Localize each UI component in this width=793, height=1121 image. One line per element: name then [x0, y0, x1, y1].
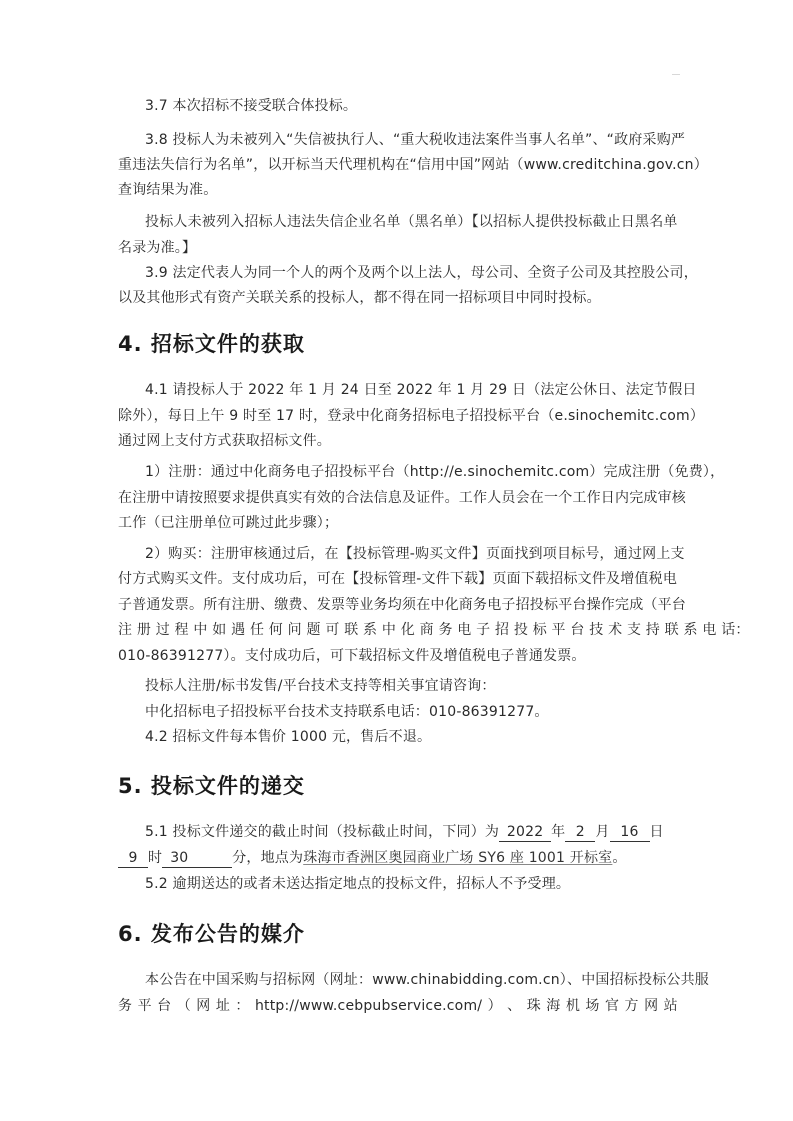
clause-3-8-line3: 查询结果为准。	[118, 180, 678, 200]
section-4-heading: 4. 招标文件的获取	[118, 330, 305, 358]
media-text: 场	[585, 996, 599, 1016]
media-text: 站	[664, 996, 678, 1016]
clause-4-1-line2: 除外），每日上午 9 时至 17 时，登录中化商务招标电子招投标平台（e.sin…	[118, 406, 678, 426]
clause-5-1-line2: 9时30分，地点为珠海市香洲区奥园商业广场 SY6 座 1001 开标室。	[118, 848, 678, 868]
media-text: 网	[196, 996, 210, 1016]
scan-mark	[672, 74, 680, 75]
media-text: （	[177, 996, 191, 1016]
clause-5-2: 5.2 逾期送达的或者未送达指定地点的投标文件，招标人不予受理。	[145, 874, 705, 894]
year-unit: 年	[551, 824, 565, 840]
media-text: 务	[118, 996, 132, 1016]
hour-unit: 时	[148, 850, 162, 866]
media-text: 台	[157, 996, 171, 1016]
step2-line2: 付方式购买文件。支付成功后，可在【投标管理-文件下载】页面下载招标文件及增值税电	[118, 569, 678, 589]
media-text: 珠	[527, 996, 541, 1016]
minute-unit: 分，地点为	[232, 850, 303, 866]
clause-4-1-line3: 通过网上支付方式获取招标文件。	[118, 431, 678, 451]
consult-line1: 投标人注册/标书发售/平台技术支持等相关事宜请咨询：	[145, 676, 705, 696]
step1-line3: 工作（已注册单位可跳过此步骤）；	[118, 513, 678, 533]
blacklist-line1: 投标人未被列入招标人违法失信企业名单（黑名单）【以招标人提供投标截止日黑名单	[145, 212, 705, 232]
consult-line2: 中化招标电子招投标平台技术支持联系电话：010-86391277。	[145, 702, 705, 722]
step2-line4: 注 册 过 程 中 如 遇 任 何 问 题 可 联 系 中 化 商 务 电 子 …	[118, 620, 678, 640]
media-line2: 务 平 台 （ 网 址 ： http://www.cebpubservice.c…	[118, 996, 678, 1016]
media-text: ）	[488, 996, 502, 1016]
step1-line1: 1）注册：通过中化商务电子招投标平台（http://e.sinochemitc.…	[145, 462, 705, 482]
step1-line2: 在注册中请按照要求提供真实有效的合法信息及证件。工作人员会在一个工作日内完成审核	[118, 488, 678, 508]
deadline-prefix: 5.1 投标文件递交的截止时间（投标截止时间，下同）为	[145, 824, 499, 840]
step2-line3: 子普通发票。所有注册、缴费、发票等业务均须在中化商务电子招投标平台操作完成（平台	[118, 595, 678, 615]
clause-3-8-line1: 3.8 投标人为未被列入“失信被执行人、“重大税收违法案件当事人名单”、“政府采…	[145, 130, 705, 150]
media-text: 官	[605, 996, 619, 1016]
section-5-heading: 5. 投标文件的递交	[118, 772, 305, 800]
document-page: 3.7 本次招标不接受联合体投标。 3.8 投标人为未被列入“失信被执行人、“重…	[0, 0, 793, 1121]
blacklist-line2: 名录为准。】	[118, 238, 678, 258]
location-end: 。	[612, 850, 626, 866]
media-text: 平	[138, 996, 152, 1016]
deadline-minute: 30	[162, 850, 232, 868]
clause-3-9-line2: 以及其他形式有资产关联关系的投标人，都不得在同一招标项目中同时投标。	[118, 288, 678, 308]
clause-3-9-line1: 3.9 法定代表人为同一个人的两个及两个以上法人，母公司、全资子公司及其控股公司…	[145, 263, 705, 283]
month-unit: 月	[595, 824, 609, 840]
step2-line1: 2）购买：注册审核通过后，在【投标管理-购买文件】页面找到项目标号，通过网上支	[145, 544, 705, 564]
media-text: 机	[566, 996, 580, 1016]
cebpubservice-url: http://www.cebpubservice.com/	[255, 996, 482, 1016]
media-text: 海	[546, 996, 560, 1016]
step2-line5: 010-86391277）。支付成功后，可下载招标文件及增值税电子普通发票。	[118, 646, 678, 666]
section-6-heading: 6. 发布公告的媒介	[118, 920, 305, 948]
clause-5-1-line1: 5.1 投标文件递交的截止时间（投标截止时间，下同）为2022年2月16日	[145, 822, 705, 842]
clause-3-8-line2: 重违法失信行为名单”，以开标当天代理机构在“信用中国”网站（www.credit…	[118, 155, 678, 175]
media-line1: 本公告在中国采购与招标网（网址：www.chinabidding.com.cn）…	[145, 970, 705, 990]
deadline-hour: 9	[118, 850, 148, 868]
media-text: 、	[507, 996, 521, 1016]
deadline-month: 2	[565, 824, 595, 842]
clause-4-1-line1: 4.1 请投标人于 2022 年 1 月 24 日至 2022 年 1 月 29…	[145, 380, 705, 400]
media-text: 网	[644, 996, 658, 1016]
media-text: 方	[625, 996, 639, 1016]
day-unit: 日	[650, 824, 664, 840]
clause-3-7: 3.7 本次招标不接受联合体投标。	[145, 96, 705, 116]
media-text: 址	[216, 996, 230, 1016]
clause-4-2: 4.2 招标文件每本售价 1000 元，售后不退。	[145, 727, 705, 747]
opening-location: 珠海市香洲区奥园商业广场 SY6 座 1001 开标室	[303, 850, 612, 866]
media-text: ：	[235, 996, 249, 1016]
deadline-day: 16	[610, 824, 650, 842]
deadline-year: 2022	[499, 824, 551, 842]
